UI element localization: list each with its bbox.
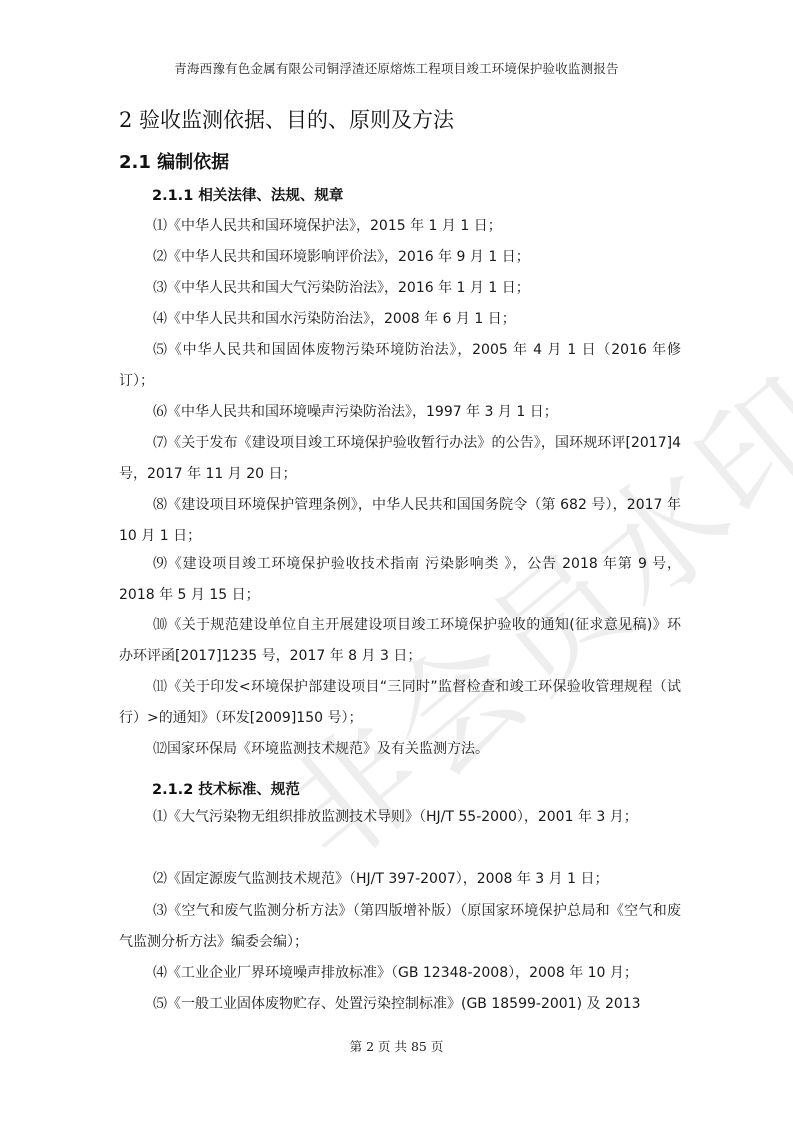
page-header: 青海西豫有色金属有限公司铜浮渣还原熔炼工程项目竣工环境保护验收监测报告 <box>0 59 793 77</box>
law-item: ⑹《中华人民共和国环境噪声污染防治法》，1997 年 3 月 1 日； <box>119 397 681 428</box>
law-item: ⑷《中华人民共和国水污染防治法》，2008 年 6 月 1 日； <box>119 304 681 335</box>
law-item: ⑻《建设项目环境保护管理条例》，中华人民共和国国务院令（第 682 号），201… <box>119 490 681 552</box>
law-item: ⑵《中华人民共和国环境影响评价法》，2016 年 9 月 1 日； <box>119 242 681 273</box>
law-item: ⑴《中华人民共和国环境保护法》，2015 年 1 月 1 日； <box>119 211 681 242</box>
subsection-heading-laws: 2.1.1 相关法律、法规、规章 <box>152 184 343 205</box>
standard-item: ⑵《固定源废气监测技术规范》（HJ/T 397-2007），2008 年 3 月… <box>119 864 681 895</box>
law-item: ⑿国家环保局《环境监测技术规范》及有关监测方法。 <box>119 734 681 765</box>
standard-item: ⑴《大气污染物无组织排放监测技术导则》（HJ/T 55-2000），2001 年… <box>119 802 681 833</box>
standard-item: ⑷《工业企业厂界环境噪声排放标准》（GB 12348-2008），2008 年 … <box>119 958 681 989</box>
law-item: ⑸《中华人民共和国固体废物污染环境防治法》，2005 年 4 月 1 日（201… <box>119 335 681 397</box>
section-heading: 2.1 编制依据 <box>119 148 229 174</box>
law-item: ⑾《关于印发<环境保护部建设项目“三同时”监督检查和竣工环保验收管理规程（试行）… <box>119 672 681 734</box>
law-item: ⑼《建设项目竣工环境保护验收技术指南 污染影响类 》，公告 2018 年第 9 … <box>119 549 681 611</box>
standard-item: ⑶《空气和废气监测分析方法》（第四版增补版）（原国家环境保护总局和《空气和废气监… <box>119 896 681 958</box>
standard-item: ⑸《一般工业固体废物贮存、处置污染控制标准》(GB 18599-2001) 及 … <box>119 989 681 1020</box>
subsection-heading-standards: 2.1.2 技术标准、规范 <box>152 778 300 799</box>
law-item: ⑶《中华人民共和国大气污染防治法》，2016 年 1 月 1 日； <box>119 273 681 304</box>
law-item: ⑽《关于规范建设单位自主开展建设项目竣工环境保护验收的通知(征求意见稿)》环办环… <box>119 610 681 672</box>
chapter-heading: 2 验收监测依据、目的、原则及方法 <box>119 104 454 134</box>
page-number: 第 2 页 共 85 页 <box>0 1037 793 1055</box>
law-item: ⑺《关于发布《建设项目竣工环境保护验收暂行办法》的公告》，国环规环评[2017]… <box>119 428 681 490</box>
